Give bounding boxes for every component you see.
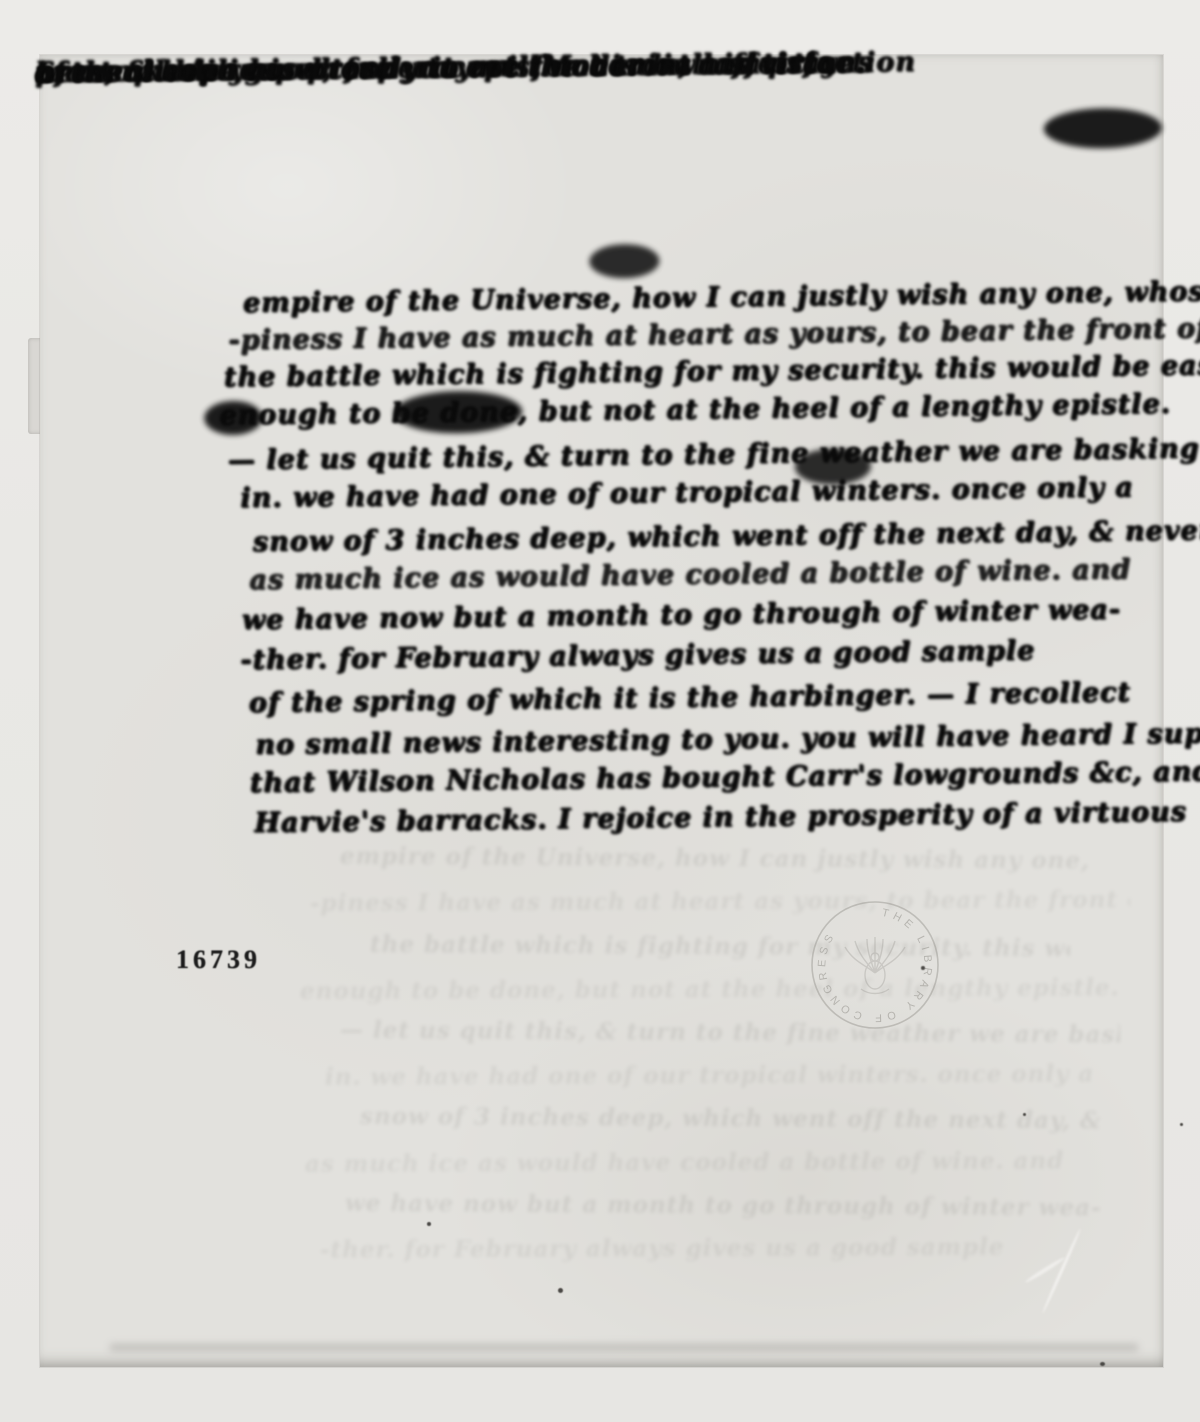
paper-speck xyxy=(1023,1113,1026,1116)
paper-speck xyxy=(1100,1362,1105,1366)
eagle-icon xyxy=(845,937,905,994)
bleed-through-line: enough to be done, but not at the heel o… xyxy=(300,974,1120,1005)
bleed-through-line: -piness I have as much at heart as yours… xyxy=(310,886,1130,917)
paper-speck xyxy=(558,1288,563,1293)
letter-paper: empire of the Universe, how I can justly… xyxy=(40,55,1163,1367)
bleed-through-line: -ther. for February always gives us a go… xyxy=(320,1234,1005,1264)
library-of-congress-stamp-icon: THE LIBRARY OF CONGRESS xyxy=(805,895,945,1035)
bleed-through-line: as much ice as would have cooled a bottl… xyxy=(305,1147,1064,1177)
bleed-through-line: in. we have had one of our tropical wint… xyxy=(325,1060,1094,1090)
bleed-through-line: we have now but a month to go through of… xyxy=(345,1190,1102,1222)
bleed-through-line: the battle which is fighting for my secu… xyxy=(370,931,1070,962)
paper-speck xyxy=(1180,1123,1183,1126)
bleed-through-line: empire of the Universe, how I can justly… xyxy=(340,843,1100,875)
bleed-through-text-block: empire of the Universe, how I can justly… xyxy=(40,55,1163,1367)
bleed-through-line: snow of 3 inches deep, which went off th… xyxy=(360,1103,1100,1135)
scanned-letter-page: empire of the Universe, how I can justly… xyxy=(0,0,1200,1422)
paper-speck xyxy=(921,966,925,970)
catalog-number: 16739 xyxy=(176,945,261,975)
paper-speck xyxy=(427,1222,431,1226)
bleed-through-line: — let us quit this, & turn to the fine w… xyxy=(340,1017,1120,1049)
